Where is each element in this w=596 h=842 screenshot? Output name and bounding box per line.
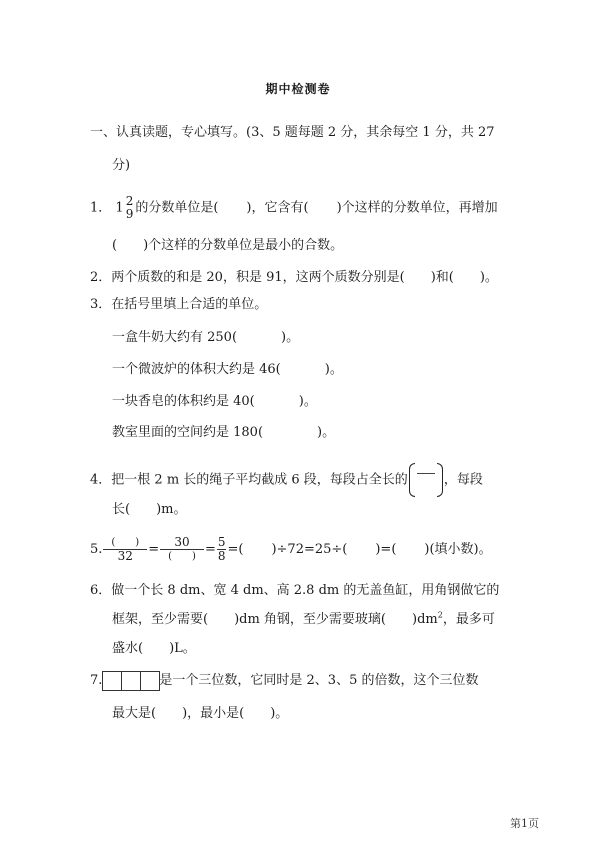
section-heading: 一、认真读题，专心填写。(3、5 题每题 2 分，其余每空 1 分，共 27 — [90, 125, 495, 141]
question-number: 6． — [90, 583, 111, 598]
page-number: 第1页 — [510, 815, 539, 831]
section-heading-cont: 分) — [112, 158, 130, 174]
digit-box[interactable] — [121, 671, 141, 691]
question-3-item: 一盒牛奶大约有 250()。 — [112, 330, 299, 346]
fraction-30-over-blank[interactable]: 30( ) — [160, 536, 204, 563]
question-2: 2．两个质数的和是 20，积是 91，这两个质数分别是()和()。 — [90, 270, 498, 286]
question-4-cont: 长()m。 — [112, 502, 186, 518]
question-number: 3． — [90, 297, 111, 312]
question-6-cont: 框架，至少需要()dm 角钢，至少需要玻璃()dm2，最多可 — [112, 612, 495, 628]
question-6-cont2: 盛水()L。 — [112, 641, 196, 657]
right-bracket-icon — [437, 463, 443, 497]
question-1: 1． 129的分数单位是()，它含有()个这样的分数单位，再增加 — [90, 195, 498, 221]
fraction-two-ninths: 29 — [125, 195, 135, 221]
question-3-item: 一个微波炉的体积大约是 46()。 — [112, 362, 343, 378]
mixed-number-whole: 1 — [115, 201, 123, 216]
question-number: 7. — [90, 673, 102, 688]
page-title: 期中检测卷 — [0, 80, 596, 97]
question-5: 5.( )32=30( )=58=()÷72=25÷()=()(填小数)。 — [90, 532, 492, 568]
question-7: 7.是一个三位数，它同时是 2、3、5 的倍数，这个三位数 — [90, 670, 478, 692]
fraction-blank-over-32[interactable]: ( )32 — [103, 536, 147, 563]
question-number: 5. — [90, 542, 102, 557]
section-heading-line1: 一、认真读题，专心填写。(3、5 题每题 2 分，其余每空 1 分，共 27 — [90, 125, 495, 140]
question-6: 6．做一个长 8 dm、宽 4 dm、高 2.8 dm 的无盖鱼缸，用角钢做它的 — [90, 583, 499, 599]
question-3-item: 一块香皂的体积约是 40()。 — [112, 394, 317, 410]
question-7-cont: 最大是()，最小是()。 — [112, 706, 288, 722]
question-number: 2． — [90, 270, 111, 285]
question-4: 4．把一根 2 m 长的绳子平均截成 6 段，每段占全长的，每段 — [90, 463, 483, 498]
question-number: 1． — [90, 201, 111, 216]
question-3: 3．在括号里填上合适的单位。 — [90, 297, 267, 313]
digit-box[interactable] — [140, 671, 160, 691]
fraction-bar — [417, 473, 435, 474]
three-digit-boxes — [102, 671, 159, 691]
section-heading-line2: 分) — [112, 158, 130, 173]
left-bracket-icon — [409, 463, 415, 497]
question-1-cont: ()个这样的分数单位是最小的合数。 — [112, 238, 343, 254]
fraction-answer-box[interactable] — [409, 463, 443, 497]
fraction-five-eighths: 58 — [217, 536, 227, 563]
question-3-item: 教室里面的空间约是 180()。 — [112, 425, 335, 441]
digit-box[interactable] — [102, 671, 122, 691]
question-number: 4． — [90, 473, 111, 488]
